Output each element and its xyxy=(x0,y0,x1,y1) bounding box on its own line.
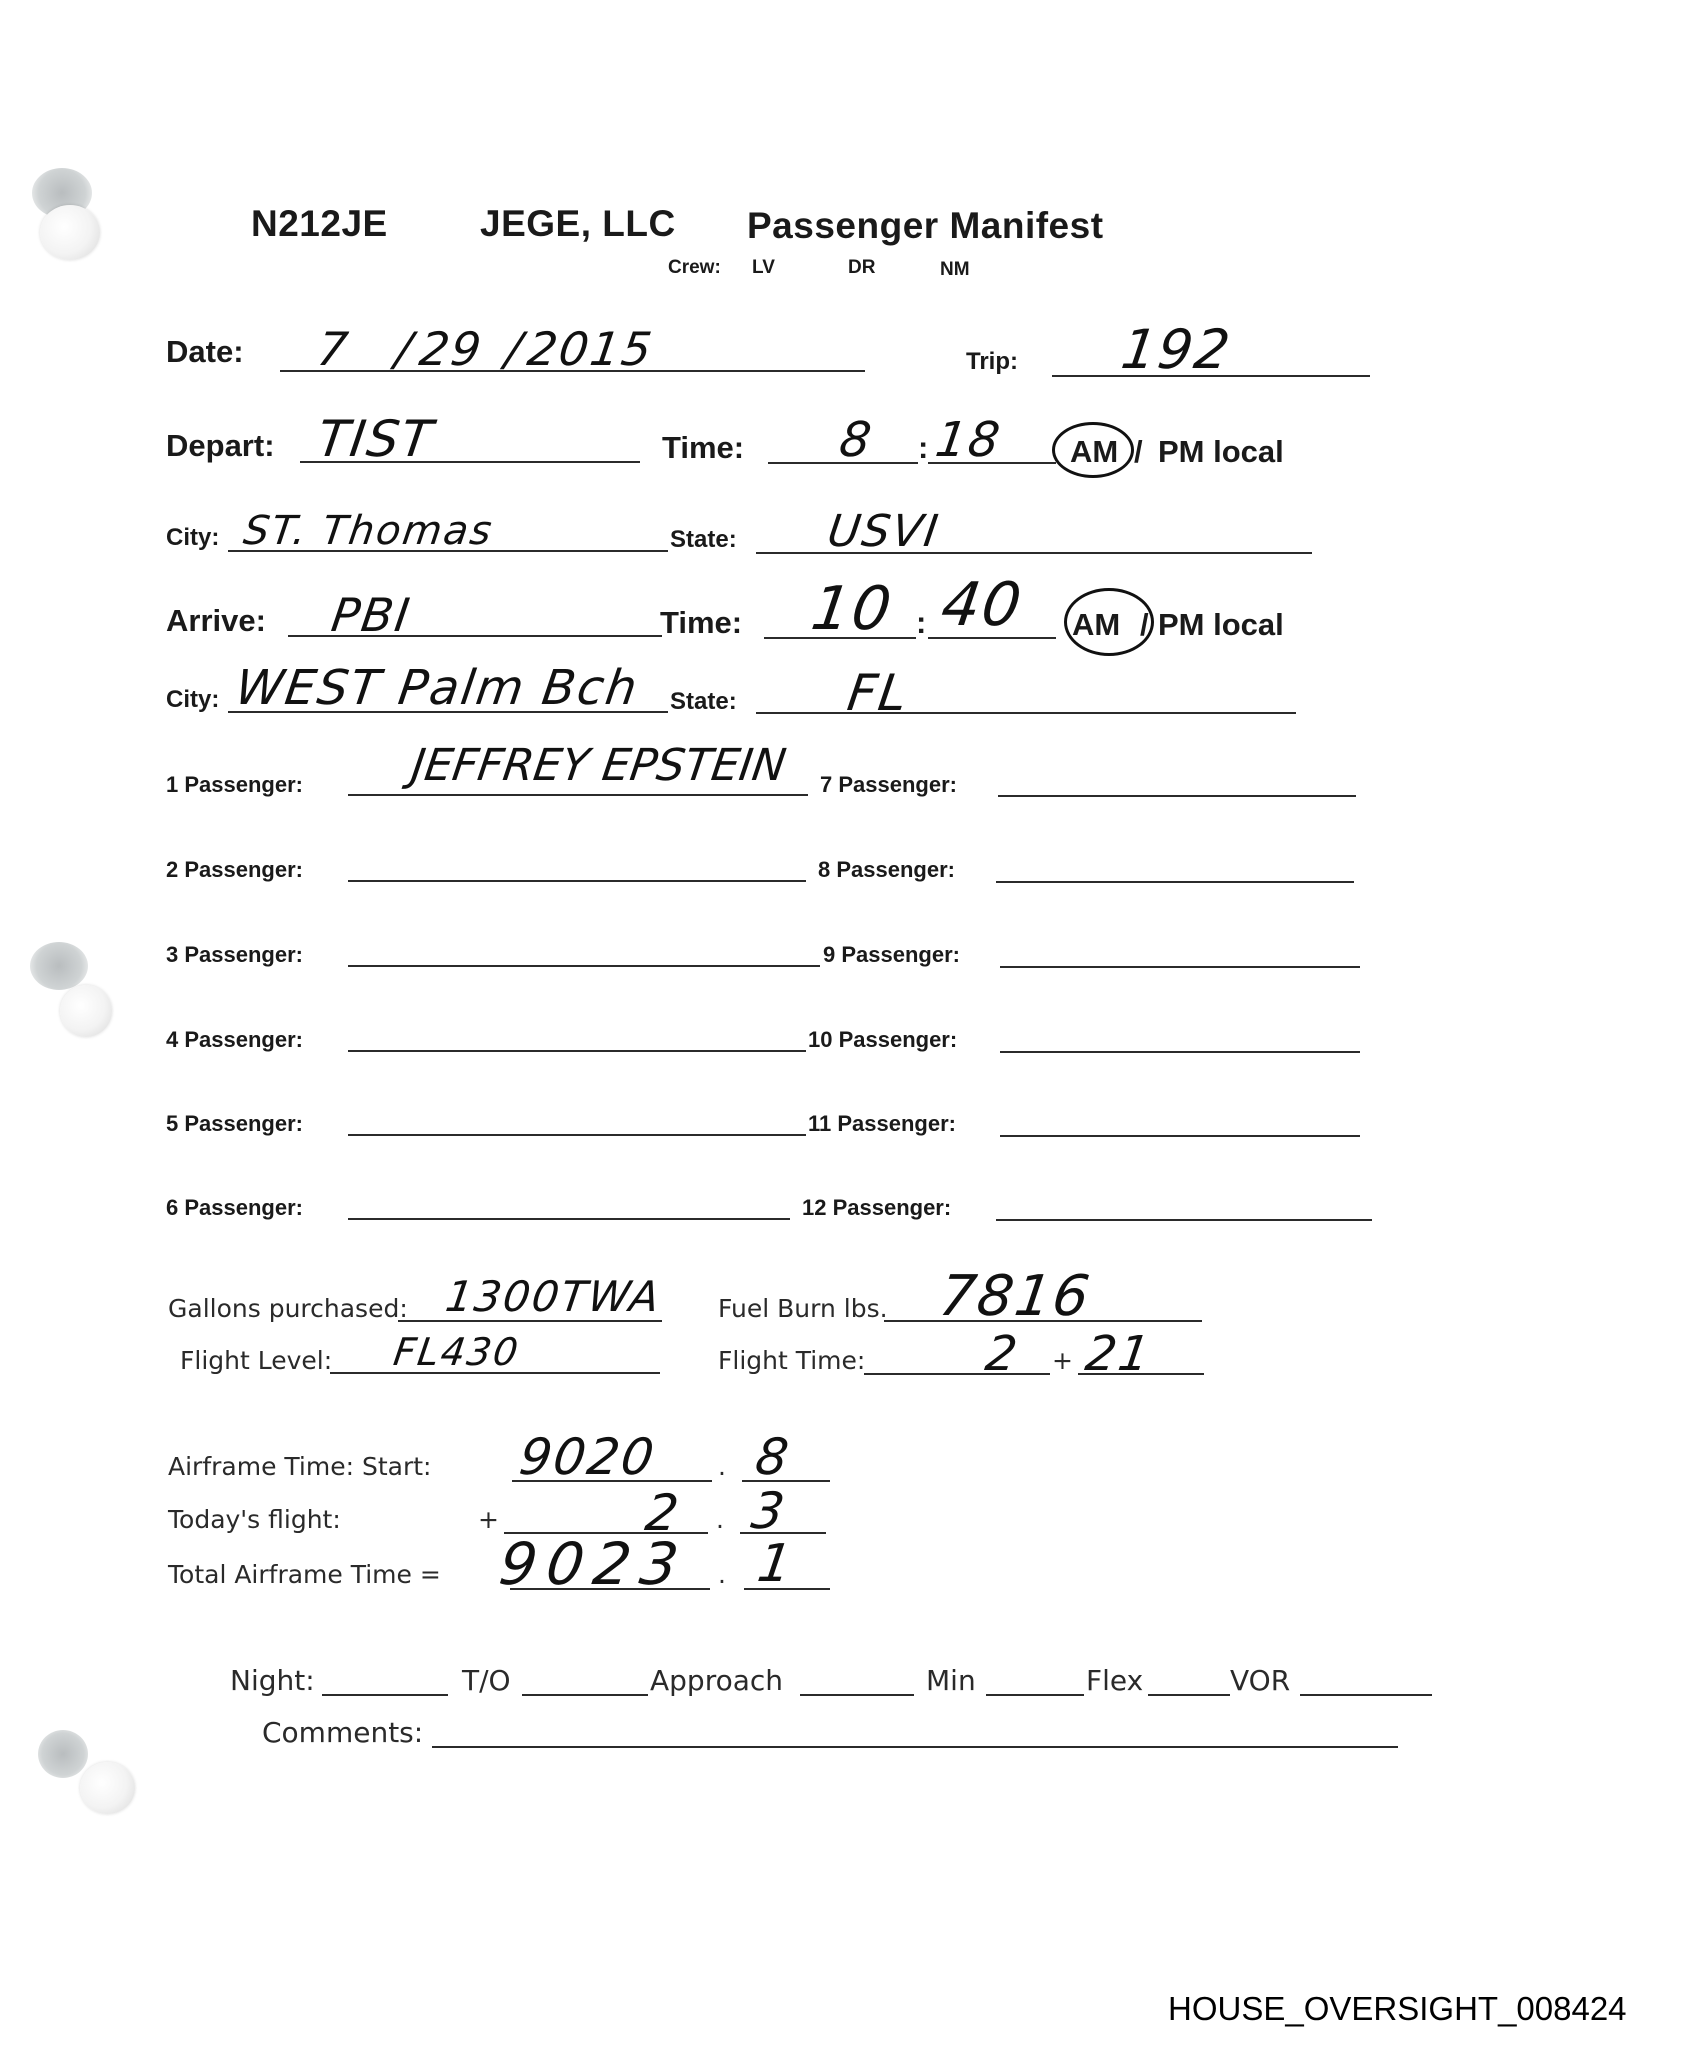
total-airframe-dot: . xyxy=(718,1560,726,1589)
approach-label: Approach xyxy=(650,1664,783,1697)
passenger-field-line[interactable] xyxy=(348,1218,790,1220)
passenger-field-line[interactable] xyxy=(348,965,820,967)
arrive-time-label: Time: xyxy=(660,605,742,641)
passenger-name-value: JEFFREY EPSTEIN xyxy=(408,740,789,791)
airframe-start-whole-value: 9020 xyxy=(516,1428,659,1486)
arrive-label: Arrive: xyxy=(166,603,266,639)
airframe-start-dot: . xyxy=(718,1452,726,1481)
trip-label: Trip: xyxy=(966,348,1018,376)
takeoff-field-line[interactable] xyxy=(522,1694,648,1696)
flight-time-label: Flight Time: xyxy=(718,1346,865,1375)
page-title: Passenger Manifest xyxy=(747,205,1104,247)
depart-state-value: USVI xyxy=(824,506,942,557)
depart-airport-value: TIST xyxy=(314,410,438,468)
flight-level-label: Flight Level: xyxy=(180,1346,332,1375)
binder-hole-top xyxy=(40,205,100,260)
passenger-field-line[interactable] xyxy=(996,1219,1372,1221)
comments-field-line[interactable] xyxy=(432,1746,1398,1748)
passenger-field-line[interactable] xyxy=(348,880,806,882)
arrive-airport-value: PBI xyxy=(328,588,414,642)
passenger-label: 12 Passenger: xyxy=(802,1195,951,1221)
flex-field-line[interactable] xyxy=(1148,1694,1230,1696)
vor-field-line[interactable] xyxy=(1300,1694,1432,1696)
date-separator-2: / xyxy=(502,322,527,376)
passenger-field-line[interactable] xyxy=(348,1134,806,1136)
min-label: Min xyxy=(926,1664,976,1697)
crew-label: Crew: xyxy=(668,257,721,279)
passenger-label: 10 Passenger: xyxy=(808,1027,957,1053)
depart-time-label: Time: xyxy=(662,430,744,466)
depart-hour-value: 8 xyxy=(836,412,876,468)
flight-time-plus: + xyxy=(1052,1346,1073,1375)
arrive-state-label: State: xyxy=(670,688,737,716)
passenger-label: 5 Passenger: xyxy=(166,1111,303,1137)
depart-minute-value: 18 xyxy=(932,412,1005,468)
binder-hole-shadow-bottom xyxy=(38,1730,88,1778)
todays-flight-dot: . xyxy=(716,1505,724,1534)
night-field-line[interactable] xyxy=(322,1694,448,1696)
flight-level-value: FL430 xyxy=(391,1330,523,1374)
min-field-line[interactable] xyxy=(986,1694,1084,1696)
date-month-value: 7 xyxy=(314,322,353,376)
arrive-state-line[interactable] xyxy=(756,712,1296,714)
passenger-label: 9 Passenger: xyxy=(823,942,960,968)
arrive-am-option[interactable]: AM xyxy=(1072,607,1120,643)
trip-number-value: 192 xyxy=(1118,318,1236,381)
approach-field-line[interactable] xyxy=(800,1694,914,1696)
total-airframe-tenths-value: 1 xyxy=(754,1534,798,1594)
flight-time-minutes-value: 21 xyxy=(1082,1326,1155,1382)
arrive-ampm-separator: / xyxy=(1140,607,1149,643)
takeoff-label: T/O xyxy=(462,1664,511,1697)
passenger-label: 6 Passenger: xyxy=(166,1195,303,1221)
arrive-pm-option[interactable]: PM local xyxy=(1158,607,1284,643)
comments-label: Comments: xyxy=(262,1716,423,1749)
depart-time-colon: : xyxy=(918,430,928,466)
crew-member-3: NM xyxy=(940,259,970,281)
passenger-label: 3 Passenger: xyxy=(166,942,303,968)
arrive-hour-value: 10 xyxy=(807,574,897,644)
crew-member-2: DR xyxy=(848,257,875,279)
total-airframe-label: Total Airframe Time = xyxy=(168,1560,441,1589)
passenger-label: 4 Passenger: xyxy=(166,1027,303,1053)
passenger-label: 8 Passenger: xyxy=(818,857,955,883)
fuel-burn-value: 7816 xyxy=(935,1264,1095,1329)
binder-hole-middle xyxy=(60,985,112,1037)
passenger-label: 1 Passenger: xyxy=(166,772,303,798)
passenger-label: 7 Passenger: xyxy=(820,772,957,798)
date-label: Date: xyxy=(166,334,244,370)
tail-number: N212JE xyxy=(251,203,388,245)
gallons-value: 1300TWA xyxy=(443,1272,665,1321)
arrive-city-label: City: xyxy=(166,686,219,714)
passenger-field-line[interactable] xyxy=(348,794,808,796)
depart-label: Depart: xyxy=(166,428,275,464)
passenger-field-line[interactable] xyxy=(1000,966,1360,968)
depart-state-label: State: xyxy=(670,526,737,554)
airframe-start-label: Airframe Time: Start: xyxy=(168,1452,431,1481)
arrive-time-colon: : xyxy=(916,605,926,641)
arrive-state-value: FL xyxy=(844,664,913,722)
passenger-label: 2 Passenger: xyxy=(166,857,303,883)
passenger-field-line[interactable] xyxy=(1000,1135,1360,1137)
depart-city-value: ST. Thomas xyxy=(241,508,497,554)
todays-flight-label: Today's flight: xyxy=(168,1505,341,1534)
depart-city-label: City: xyxy=(166,524,219,552)
date-day-value: 29 xyxy=(416,322,486,376)
passenger-field-line[interactable] xyxy=(998,795,1356,797)
crew-member-1: LV xyxy=(752,257,775,279)
depart-pm-option[interactable]: PM local xyxy=(1158,434,1284,470)
binder-hole-shadow-middle xyxy=(30,942,88,990)
date-separator-1: / xyxy=(392,322,417,376)
gallons-label: Gallons purchased: xyxy=(168,1294,408,1323)
airframe-start-tenths-value: 8 xyxy=(752,1428,794,1486)
depart-ampm-separator: / xyxy=(1134,434,1143,470)
passenger-label: 11 Passenger: xyxy=(808,1111,956,1137)
passenger-field-line[interactable] xyxy=(996,881,1354,883)
vor-label: VOR xyxy=(1230,1664,1290,1697)
fuel-burn-label: Fuel Burn lbs. xyxy=(718,1294,888,1323)
binder-hole-bottom xyxy=(80,1762,135,1814)
flight-time-hours-line[interactable] xyxy=(864,1373,1050,1375)
arrive-city-value: WEST Palm Bch xyxy=(232,660,642,716)
depart-am-option[interactable]: AM xyxy=(1070,434,1118,470)
date-year-value: 2015 xyxy=(524,322,657,376)
total-airframe-whole-value: 9023 xyxy=(495,1530,692,1598)
passenger-field-line[interactable] xyxy=(1000,1051,1360,1053)
flex-label: Flex xyxy=(1086,1664,1143,1697)
bates-number: HOUSE_OVERSIGHT_008424 xyxy=(1168,1990,1627,2028)
passenger-field-line[interactable] xyxy=(348,1050,806,1052)
night-label: Night: xyxy=(230,1664,315,1697)
arrive-minute-value: 40 xyxy=(937,570,1027,640)
company-name: JEGE, LLC xyxy=(480,203,676,245)
todays-flight-plus: + xyxy=(478,1505,499,1534)
